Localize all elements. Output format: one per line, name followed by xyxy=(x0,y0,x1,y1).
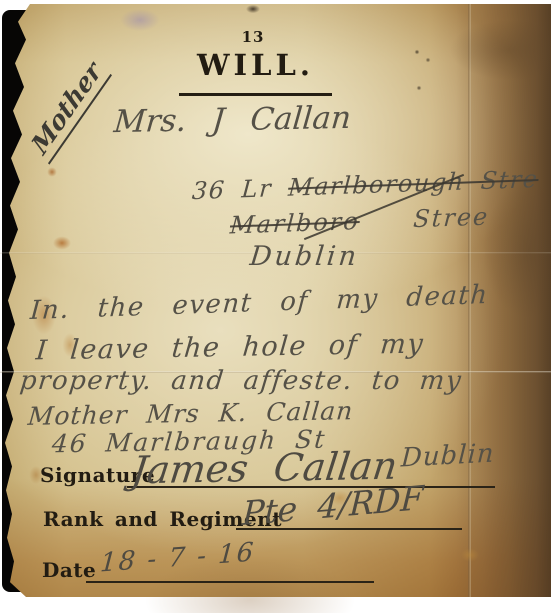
title-underline xyxy=(179,93,332,96)
date-label: Date xyxy=(42,558,96,582)
will-body-line3-handwriting: property. and affeste. to my xyxy=(18,366,463,396)
recipient-name-handwriting: Mrs. J Callan xyxy=(112,100,352,140)
address-street-word: Stree xyxy=(412,202,490,233)
page-number: 13 xyxy=(233,28,273,46)
will-document-scan: 13 WILL. Mother Mrs. J Callan 36 Lr Marl… xyxy=(0,0,551,613)
address-number: 36 Lr xyxy=(191,174,273,205)
page-title: WILL. xyxy=(168,48,343,82)
will-body-line5-city-handwriting: Dublin xyxy=(400,438,495,473)
recipient-city-handwriting: Dublin xyxy=(248,241,360,272)
date-line xyxy=(86,581,374,583)
